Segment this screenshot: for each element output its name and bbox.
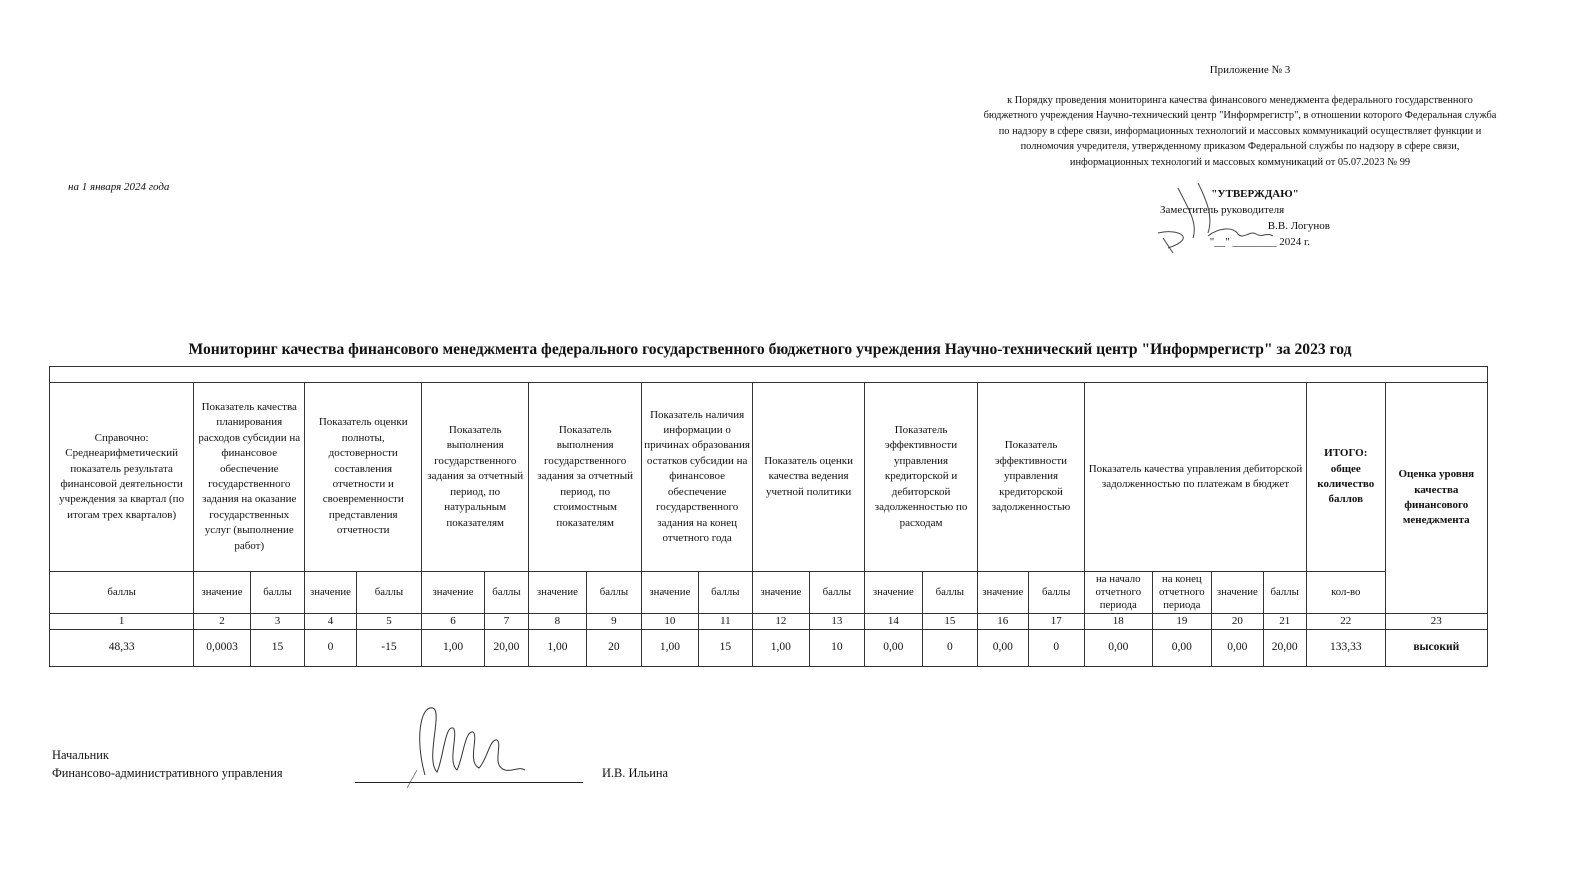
- value-cell: 0,00: [865, 630, 923, 667]
- approval-date: "__" ________ 2024 г.: [1150, 234, 1330, 250]
- subheader-cell: баллы: [586, 572, 641, 614]
- subheader-cell: баллы: [356, 572, 422, 614]
- signer-position-line1: Начальник: [52, 746, 283, 764]
- subheader-cell: баллы: [484, 572, 528, 614]
- value-cell: -15: [356, 630, 422, 667]
- column-number-cell: 1: [50, 614, 194, 630]
- header-cell: Показатель оценки полноты, достоверности…: [305, 383, 422, 572]
- value-cell: 0,00: [978, 630, 1028, 667]
- value-cell: 20,00: [484, 630, 528, 667]
- subheader-cell: баллы: [50, 572, 194, 614]
- column-number-cell: 20: [1212, 614, 1263, 630]
- column-number-cell: 2: [194, 614, 250, 630]
- column-number-cell: 13: [809, 614, 864, 630]
- header-cell: Показатель эффективности управления кред…: [978, 383, 1085, 572]
- value-cell: 0,00: [1084, 630, 1152, 667]
- column-number-cell: 3: [250, 614, 304, 630]
- value-cell: 1,00: [529, 630, 587, 667]
- table-subheader-row: баллы значение баллы значение баллы знач…: [50, 572, 1488, 614]
- table-top-spacer: [50, 367, 1488, 383]
- column-number-cell: 5: [356, 614, 422, 630]
- subheader-cell: баллы: [698, 572, 752, 614]
- subheader-cell: значение: [642, 572, 698, 614]
- header-cell: Показатель выполнения государственного з…: [529, 383, 642, 572]
- signer-name: И.В. Ильина: [602, 766, 668, 781]
- approver-role: Заместитель руководителя: [1150, 202, 1330, 218]
- table-row: 48,330,0003150-151,0020,001,00201,00151,…: [50, 630, 1488, 667]
- subheader-cell: на конец отчетного периода: [1152, 572, 1212, 614]
- value-cell: 0,00: [1212, 630, 1263, 667]
- approver-name: В.В. Логунов: [1150, 218, 1330, 234]
- value-cell: 15: [698, 630, 752, 667]
- value-cell: 133,33: [1306, 630, 1385, 667]
- value-cell: 20,00: [1263, 630, 1306, 667]
- column-number-cell: 7: [484, 614, 528, 630]
- column-number-cell: 21: [1263, 614, 1306, 630]
- header-cell-rating: Оценка уровня качества финансового менед…: [1385, 383, 1487, 614]
- rating-value-cell: высокий: [1385, 630, 1487, 667]
- signature-icon: [395, 700, 535, 790]
- signer-position: Начальник Финансово-административного уп…: [52, 746, 283, 782]
- value-cell: 15: [250, 630, 304, 667]
- column-number-cell: 8: [529, 614, 587, 630]
- signer-position-line2: Финансово-административного управления: [52, 764, 283, 782]
- column-number-cell: 23: [1385, 614, 1487, 630]
- signature-line: [355, 782, 583, 783]
- column-number-row: 1234567891011121314151617181920212223: [50, 614, 1488, 630]
- header-cell: Показатель выполнения государственного з…: [422, 383, 529, 572]
- appendix-title: Приложение № 3: [1150, 64, 1350, 76]
- value-cell: 0,0003: [194, 630, 250, 667]
- column-number-cell: 15: [922, 614, 977, 630]
- appendix-reference: к Порядку проведения мониторинга качеств…: [980, 93, 1500, 170]
- value-cell: 48,33: [50, 630, 194, 667]
- value-cell: 0: [922, 630, 977, 667]
- header-cell-total: ИТОГО: общее количество баллов: [1306, 383, 1385, 572]
- header-cell: Показатель качества планирования расходо…: [194, 383, 305, 572]
- subheader-cell: баллы: [1263, 572, 1306, 614]
- subheader-cell: значение: [978, 572, 1028, 614]
- subheader-cell: баллы: [809, 572, 864, 614]
- subheader-cell: на начало отчетного периода: [1084, 572, 1152, 614]
- value-cell: 1,00: [422, 630, 485, 667]
- header-cell: Показатель оценки качества ведения учетн…: [753, 383, 865, 572]
- column-number-cell: 14: [865, 614, 923, 630]
- subheader-cell: значение: [1212, 572, 1263, 614]
- value-cell: 10: [809, 630, 864, 667]
- document-title: Мониторинг качества финансового менеджме…: [40, 341, 1500, 359]
- column-number-cell: 11: [698, 614, 752, 630]
- column-number-cell: 19: [1152, 614, 1212, 630]
- subheader-cell: значение: [422, 572, 485, 614]
- subheader-cell: кол-во: [1306, 572, 1385, 614]
- column-number-cell: 16: [978, 614, 1028, 630]
- column-number-cell: 9: [586, 614, 641, 630]
- subheader-cell: баллы: [922, 572, 977, 614]
- subheader-cell: баллы: [1028, 572, 1084, 614]
- subheader-cell: значение: [865, 572, 923, 614]
- column-number-cell: 18: [1084, 614, 1152, 630]
- subheader-cell: значение: [753, 572, 809, 614]
- table-header-row: Справочно: Среднеарифметический показате…: [50, 383, 1488, 572]
- column-number-cell: 6: [422, 614, 485, 630]
- column-number-cell: 12: [753, 614, 809, 630]
- approval-block: "УТВЕРЖДАЮ" Заместитель руководителя В.В…: [1150, 186, 1330, 250]
- subheader-cell: значение: [305, 572, 356, 614]
- subheader-cell: баллы: [250, 572, 304, 614]
- header-cell: Показатель наличия информации о причинах…: [642, 383, 753, 572]
- value-cell: 0: [305, 630, 356, 667]
- value-cell: 0: [1028, 630, 1084, 667]
- approval-heading: "УТВЕРЖДАЮ": [1150, 186, 1330, 202]
- column-number-cell: 10: [642, 614, 698, 630]
- value-cell: 1,00: [642, 630, 698, 667]
- monitoring-table: Справочно: Среднеарифметический показате…: [49, 366, 1488, 667]
- as-of-date: на 1 января 2024 года: [68, 181, 169, 193]
- column-number-cell: 22: [1306, 614, 1385, 630]
- subheader-cell: значение: [529, 572, 587, 614]
- column-number-cell: 4: [305, 614, 356, 630]
- header-cell: Справочно: Среднеарифметический показате…: [50, 383, 194, 572]
- header-cell: Показатель эффективности управления кред…: [865, 383, 978, 572]
- value-cell: 0,00: [1152, 630, 1212, 667]
- value-cell: 1,00: [753, 630, 809, 667]
- column-number-cell: 17: [1028, 614, 1084, 630]
- subheader-cell: значение: [194, 572, 250, 614]
- value-cell: 20: [586, 630, 641, 667]
- header-cell: Показатель качества управления дебиторск…: [1084, 383, 1306, 572]
